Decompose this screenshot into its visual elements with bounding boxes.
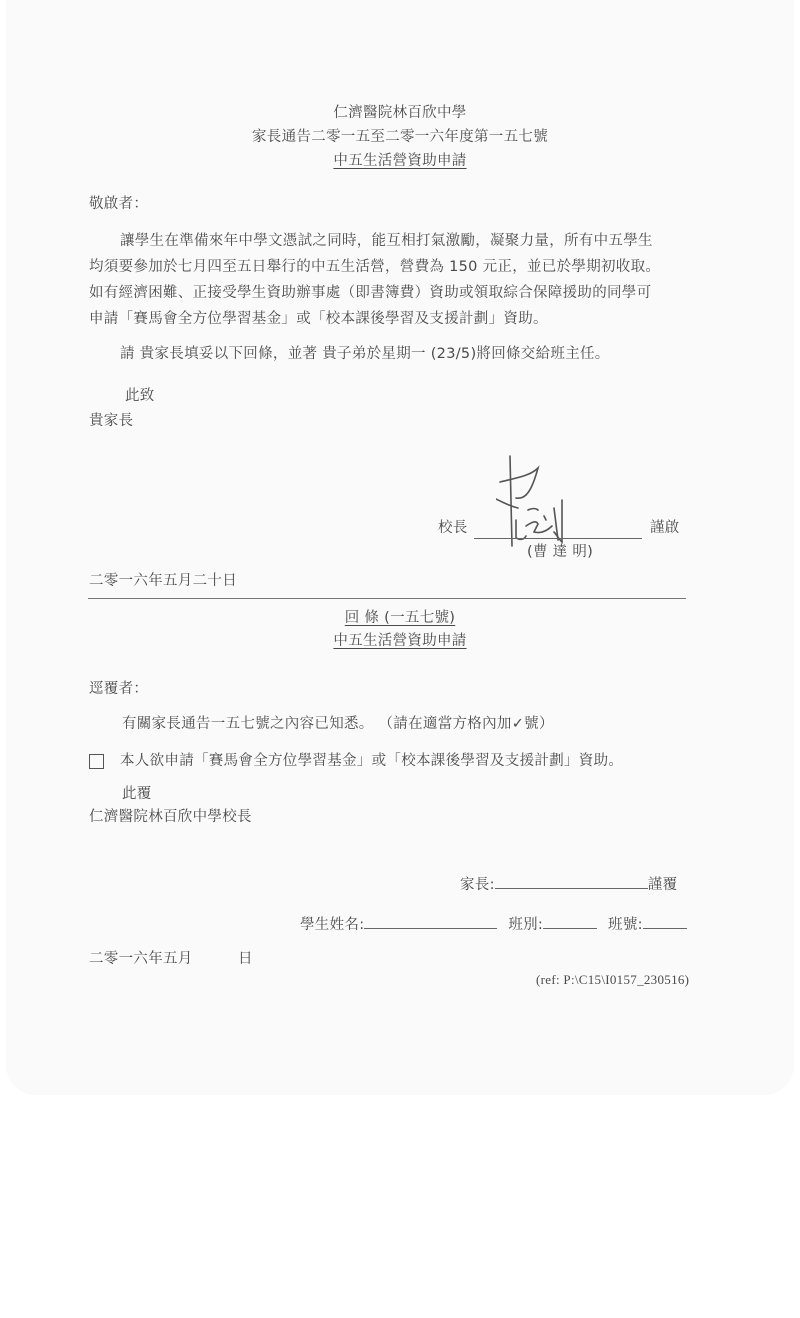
reference-code: (ref: P:\C15\I0157_230516) [536,971,689,989]
parent-signature-row: 家長:謹覆 [460,874,677,894]
tear-off-divider [88,598,686,599]
closing: 此致 [125,387,155,405]
letter-date: 二零一六年五月二十日 [89,572,237,590]
notice-number: 家長通告二零一五至二零一六年度第一五七號 [0,128,800,146]
signer-suffix: 謹啟 [650,519,680,537]
reply-slip-subtitle: 中五生活營資助申請 [333,633,466,649]
paragraph-line-3: 如有經濟困難、正接受學生資助辦事處（即書簿費）資助或領取綜合保障援助的同學可 [89,284,651,302]
apply-subsidy-checkbox[interactable] [89,754,104,769]
reply-recipient: 仁濟醫院林百欣中學校長 [89,808,252,826]
acknowledgement: 有關家長通告一五七號之內容已知悉。 （請在適當方格內加✓號） [122,715,554,733]
signer-name: (曹 達 明) [527,543,593,561]
parent-label: 家長: [460,877,495,893]
reply-date-day: 日 [238,950,253,968]
signature-line [474,538,642,539]
student-name-label: 學生姓名: [300,917,364,933]
parent-suffix: 謹覆 [648,877,678,893]
principal-signature [496,450,586,550]
reply-closing: 此覆 [122,785,152,803]
paragraph-line-4: 申請「賽馬會全方位學習基金」或「校本課後學習及支援計劃」資助。 [89,310,548,328]
salutation: 敬啟者： [89,195,148,213]
reply-salutation: 逕覆者： [89,680,148,698]
reply-slip-title: 回 條 (一五七號) [345,610,456,626]
student-name-field[interactable] [364,914,497,929]
class-number-label: 班號: [608,917,643,933]
class-field[interactable] [543,914,597,929]
recipient: 貴家長 [89,412,133,430]
apply-subsidy-label: 本人欲申請「賽馬會全方位學習基金」或「校本課後學習及支援計劃」資助。 [120,752,623,770]
signer-title: 校長 [438,519,468,537]
parent-signature-field[interactable] [495,874,648,889]
notice-title: 中五生活營資助申請 [333,153,466,169]
paragraph-line-2: 均須要參加於七月四至五日舉行的中五生活營，營費為 150 元正，並已於學期初收取… [89,258,660,276]
paragraph-2: 請 貴家長填妥以下回條，並著 貴子弟於星期一 (23/5)將回條交給班主任。 [120,345,610,363]
student-info-row: 學生姓名: 班別: 班號: [300,914,687,934]
class-number-field[interactable] [643,914,687,929]
class-label: 班別: [508,917,543,933]
reply-date: 二零一六年五月 [89,950,193,968]
paragraph-line-1: 讓學生在準備來年中學文憑試之同時，能互相打氣激勵，凝聚力量，所有中五學生 [120,232,653,250]
school-name: 仁濟醫院林百欣中學 [0,104,800,122]
